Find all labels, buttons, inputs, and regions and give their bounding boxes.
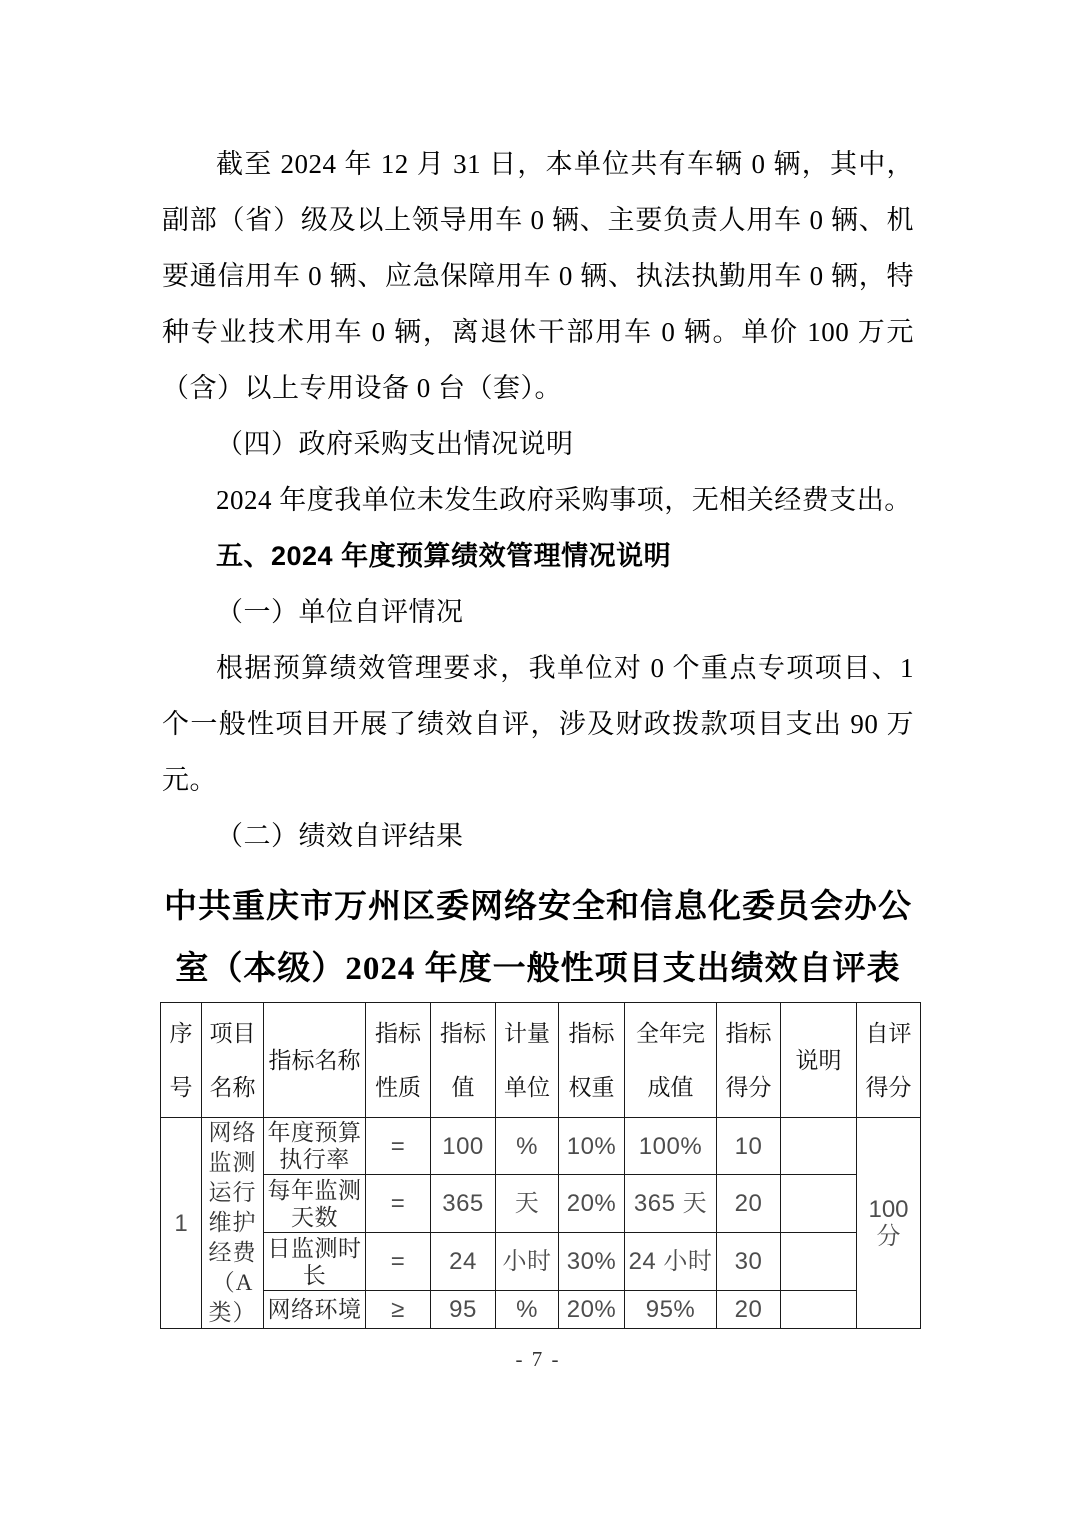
- cell-indicator-name: 日监测时长: [264, 1233, 366, 1291]
- paragraph-self-evaluation: 根据预算绩效管理要求，我单位对 0 个重点专项项目、1 个一般性项目开展了绩效自…: [162, 640, 914, 808]
- subheading-evaluation-results: （二）绩效自评结果: [162, 808, 914, 864]
- table-row: 1 网络监测运行维护经费（A类） 年度预算执行率 = 100 % 10% 100…: [161, 1118, 921, 1175]
- cell-indicator-value: 365: [431, 1175, 496, 1233]
- cell-annual-completion: 24 小时: [625, 1233, 717, 1291]
- cell-indicator-value: 24: [431, 1233, 496, 1291]
- table-row: 每年监测天数 = 365 天 20% 365 天 20: [161, 1175, 921, 1233]
- cell-indicator-score: 10: [717, 1118, 781, 1175]
- cell-indicator-nature: =: [366, 1233, 431, 1291]
- cell-note: [781, 1175, 857, 1233]
- th-serial-number: 序号: [161, 1003, 202, 1118]
- cell-indicator-nature: ≥: [366, 1291, 431, 1329]
- cell-indicator-name: 每年监测天数: [264, 1175, 366, 1233]
- cell-annual-completion: 95%: [625, 1291, 717, 1329]
- cell-indicator-value: 95: [431, 1291, 496, 1329]
- th-measure-unit: 计量单位: [496, 1003, 559, 1118]
- subheading-self-evaluation: （一）单位自评情况: [162, 584, 914, 640]
- paragraph-gov-procurement: 2024 年度我单位未发生政府采购事项，无相关经费支出。: [162, 472, 914, 528]
- document-page: 截至 2024 年 12 月 31 日，本单位共有车辆 0 辆，其中，副部（省）…: [0, 0, 1075, 1520]
- performance-self-evaluation-table: 序号 项目名称 指标名称 指标性质 指标值 计量单位 指标权重 全年完成值 指标…: [160, 1002, 921, 1329]
- cell-measure-unit: 小时: [496, 1233, 559, 1291]
- paragraph-vehicle-summary: 截至 2024 年 12 月 31 日，本单位共有车辆 0 辆，其中，副部（省）…: [162, 136, 914, 416]
- cell-project-name: 网络监测运行维护经费（A类）: [202, 1118, 264, 1329]
- th-note: 说明: [781, 1003, 857, 1118]
- cell-note: [781, 1233, 857, 1291]
- cell-indicator-weight: 30%: [559, 1233, 625, 1291]
- cell-indicator-weight: 20%: [559, 1175, 625, 1233]
- cell-annual-completion: 365 天: [625, 1175, 717, 1233]
- table-title: 中共重庆市万州区委网络安全和信息化委员会办公室（本级）2024 年度一般性项目支…: [162, 876, 914, 1000]
- th-indicator-name: 指标名称: [264, 1003, 366, 1118]
- cell-measure-unit: %: [496, 1118, 559, 1175]
- cell-measure-unit: 天: [496, 1175, 559, 1233]
- table-header-row: 序号 项目名称 指标名称 指标性质 指标值 计量单位 指标权重 全年完成值 指标…: [161, 1003, 921, 1118]
- cell-indicator-weight: 10%: [559, 1118, 625, 1175]
- th-indicator-value: 指标值: [431, 1003, 496, 1118]
- heading-budget-performance: 五、2024 年度预算绩效管理情况说明: [162, 528, 914, 584]
- cell-self-score: 100 分: [857, 1118, 921, 1329]
- cell-indicator-score: 20: [717, 1291, 781, 1329]
- cell-indicator-value: 100: [431, 1118, 496, 1175]
- table-row: 网络环境 ≥ 95 % 20% 95% 20: [161, 1291, 921, 1329]
- cell-note: [781, 1291, 857, 1329]
- cell-indicator-name: 年度预算执行率: [264, 1118, 366, 1175]
- cell-indicator-score: 30: [717, 1233, 781, 1291]
- th-project-name: 项目名称: [202, 1003, 264, 1118]
- th-indicator-score: 指标得分: [717, 1003, 781, 1118]
- cell-indicator-score: 20: [717, 1175, 781, 1233]
- cell-indicator-nature: =: [366, 1118, 431, 1175]
- cell-serial: 1: [161, 1118, 202, 1329]
- cell-indicator-weight: 20%: [559, 1291, 625, 1329]
- cell-measure-unit: %: [496, 1291, 559, 1329]
- th-self-score: 自评得分: [857, 1003, 921, 1118]
- cell-note: [781, 1118, 857, 1175]
- cell-annual-completion: 100%: [625, 1118, 717, 1175]
- th-annual-completion: 全年完成值: [625, 1003, 717, 1118]
- th-indicator-nature: 指标性质: [366, 1003, 431, 1118]
- table-row: 日监测时长 = 24 小时 30% 24 小时 30: [161, 1233, 921, 1291]
- cell-indicator-nature: =: [366, 1175, 431, 1233]
- th-indicator-weight: 指标权重: [559, 1003, 625, 1118]
- page-number: - 7 -: [162, 1347, 914, 1372]
- cell-indicator-name: 网络环境: [264, 1291, 366, 1329]
- subheading-gov-procurement: （四）政府采购支出情况说明: [162, 416, 914, 472]
- document-content: 截至 2024 年 12 月 31 日，本单位共有车辆 0 辆，其中，副部（省）…: [0, 0, 1075, 1372]
